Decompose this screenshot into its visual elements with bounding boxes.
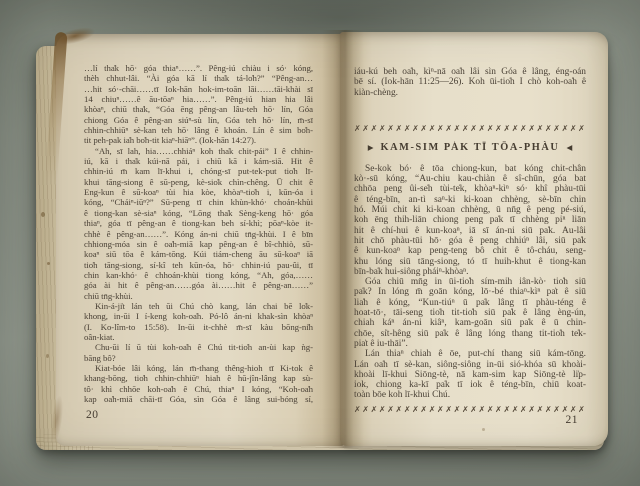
text-line: chhin-chhiūⁿ sè-kan teh hō· lâng ê khoán… [84, 125, 313, 135]
right-triangle-icon: ▶ [368, 144, 374, 152]
text-line: pia̍t ê iu-thāi”. [354, 339, 586, 349]
text-line: Se-kok bó· ê tōa chiong-kun, bat kóng ch… [354, 164, 586, 174]
text-line: chiah káⁿ án-ni kiâⁿ, kam-goān siū pa̍k … [354, 318, 586, 328]
text-line: hit ê chí-hui ê kun-koaⁿ, iā sī án-ni si… [354, 226, 586, 236]
photo-of-open-book: …lí tha̍k hō· góa thiaⁿ……”. Pêng-iú chià… [0, 0, 640, 486]
text-line: khoài lī-khui Siōng-tè, nā kam-sim kap S… [354, 370, 586, 380]
text-line: (I. Ko-lîm-to 15:58). In-ūi it-chhè m̄-s… [84, 322, 313, 332]
text-line: Góa chiū mn̄g in ūi-tio̍h sím-mih iân-kò… [354, 277, 586, 287]
text-line: góa ài hit ê pêng-an……góa ài……hit ê pêng… [84, 280, 313, 290]
foxing-speck [41, 212, 45, 217]
section-heading-text: KAM-SIM PA̍K TĪ TŌA-PHÀU [381, 143, 560, 153]
text-line: koh ēng thih-liān chiong peng pa̍k tī ch… [354, 215, 586, 225]
text-line: tit peh-pak ia̍h bo̍h-tit kiaⁿ-hiāⁿ”. (I… [84, 135, 313, 145]
text-line: chhin-iú m̄ kam lī-khui i, chóng-sī put-… [84, 166, 313, 176]
text-line: kap oa̍h-miā chāi-tī Góa, sìn Góa ê lâng… [84, 394, 313, 404]
text-line: chiong Góa ê pêng-an siúⁿ-sù lín, Góa te… [84, 115, 313, 125]
text-line: bīn-ba̍k hui-siông pháiⁿ-khòaⁿ. [354, 267, 586, 277]
open-book: …lí tha̍k hō· góa thiaⁿ……”. Pêng-iú chià… [34, 28, 610, 458]
text-line: khui tāng-siong ê sū-peng, kè-sio̍k chìn… [84, 177, 313, 187]
text-line: bē sí. (Iok-hān 11:25—26). Koh ūi-tio̍h … [354, 77, 586, 87]
text-line: khu lóng siū tāng-siong, tó tī huih-khut… [354, 257, 586, 267]
section-heading: ▶KAM-SIM PA̍K TĪ TŌA-PHÀU◀ [354, 141, 586, 155]
text-line: bāng bô? [84, 353, 313, 363]
text-line: hoat-tō·, tāi-seng tio̍h tit-tio̍h siū p… [354, 308, 586, 318]
text-line: chin kan-khó· ê chhoán-khùi tiong kóng, … [84, 270, 313, 280]
text-line: hó. Múi chit ki ki-koan chhèng, ū nn̄g ê… [354, 205, 586, 215]
text-line: …lí tha̍k hō· góa thiaⁿ……”. Pêng-iú chià… [84, 63, 313, 73]
foxing-speck [46, 354, 49, 358]
page-number-left: 20 [86, 409, 99, 421]
left-page-text-column: …lí tha̍k hō· góa thiaⁿ……”. Pêng-iú chià… [84, 63, 313, 404]
left-triangle-icon: ◀ [566, 144, 572, 152]
text-line: khang-bōng, tio̍h chhin-chhiūⁿ hiah ê hū… [84, 373, 313, 383]
text-line: ê téng-bīn, an-tì saⁿ-ki ki-koan chhèng,… [354, 195, 586, 205]
text-line: chiū tn̄g-khùi. [84, 291, 313, 301]
text-line: “Ah, sī lah, hia……chhiáⁿ koh tha̍k chit-… [84, 146, 313, 156]
text-line: Lán oa̍h tī sè-kan, siông-siông in-ūi si… [354, 360, 586, 370]
foxing-speck [47, 262, 50, 265]
text-line: Kin-á-ji̍t lán teh ūi Chú chò kang, lán … [84, 301, 313, 311]
text-line: Chu-ūi lí ū tùi koh-oa̍h ê Chú tit-tio̍h… [84, 342, 313, 352]
page-number-right: 21 [548, 414, 578, 426]
text-line: chhōa peng ûi-se̍h tùi-te̍k, khòaⁿ-kìⁿ s… [354, 184, 586, 194]
text-line: chhiong-móa sin ê oa̍h-miā kap pêng-an ê… [84, 239, 313, 249]
text-line: thiaⁿ, góa tī pêng-an ê tiong-kan beh sí… [84, 218, 313, 228]
text-line: kóng, “Cháiⁿ-iūⁿ?” Sū-peng tī chin khùn-… [84, 197, 313, 207]
text-line: iok, chiong ka-kī pa̍k tī iok ê téng-bīn… [354, 380, 586, 390]
text-line: kò·-sū kóng, “Au-chiu kau-chiàn ê sî-chū… [354, 174, 586, 184]
text-line: thèh chhut-lâi. “Ài góa kā lí tha̍k tá-l… [84, 73, 313, 83]
text-line: khòaⁿ, chiū tha̍k, “Góa ēng pêng-an lâu-… [84, 104, 313, 114]
text-line: hit chō phàu-tūi hō· góa ê peng chhiúⁿ l… [354, 236, 586, 246]
text-line: tô· khì chhōe koh-oa̍h ê Chú, thiaⁿ I kó… [84, 384, 313, 394]
text-line: pa̍k? In lóng m̄ goān kóng, lō·-bé thiaⁿ… [354, 287, 586, 297]
text-line: oân-kiat. [84, 332, 313, 342]
text-line: …hit só·-chāi……tī Iok-hān hok-im-toān lā… [84, 84, 313, 94]
text-line: khong, in-ūi I í-keng koh-oa̍h. Pó-lô án… [84, 311, 313, 321]
text-line: iú, kā i tha̍k kúi-nā pái, i chiū kā i k… [84, 156, 313, 166]
text-line: Eng-kun ê sū-koaⁿ tùi hia kòe, khòaⁿ-tio… [84, 187, 313, 197]
text-line: koaⁿ siū tōa ê kám-tōng. Kúi tiám-cheng … [84, 249, 313, 259]
text-line: 14 chiuⁿ……ê āu-tōaⁿ hia……”. Pêng-iú hian… [84, 94, 313, 104]
text-line: chōe, si̍t-hêng siū pa̍k ê lâng lóng tha… [354, 329, 586, 339]
text-line: Kiat-bóe lâi kóng, lán m̄-thang thêng-hi… [84, 363, 313, 373]
ornament-row: ✗✗✗✗✗✗✗✗✗✗✗✗✗✗✗✗✗✗✗✗✗✗✗✗✗✗✗✗✗✗✗✗✗✗✗✗ [354, 124, 586, 134]
text-line: kiàn-chèng. [354, 88, 586, 98]
text-line: iáu-kú beh oa̍h, kìⁿ-nā oa̍h lâi sìn Góa… [354, 67, 586, 77]
text-line: ê tiong-kan sè-siaⁿ kóng, “Lōng tha̍k Sè… [84, 208, 313, 218]
text-line: toàn bōe koh lī-khui Chú. [354, 390, 586, 400]
text-line: tio̍h tāng-siong, sí-kî teh kūn-óa, hō· … [84, 260, 313, 270]
right-page-text-column: iáu-kú beh oa̍h, kìⁿ-nā oa̍h lâi sìn Góa… [354, 67, 586, 415]
text-line: Lán thiaⁿ chiah ê ōe, put-chí thang siū … [354, 349, 586, 359]
text-line: ê kun-koaⁿ kap peng-teng bô chit ê tô-ch… [354, 246, 586, 256]
text-line: chhè ê pêng-an……”. Kóng án-ni chiū tn̄g-… [84, 229, 313, 239]
text-line: lia̍h ê kóng, “Kun-tiúⁿ ū pa̍k lâng tī p… [354, 298, 586, 308]
foxing-speck [482, 428, 485, 431]
